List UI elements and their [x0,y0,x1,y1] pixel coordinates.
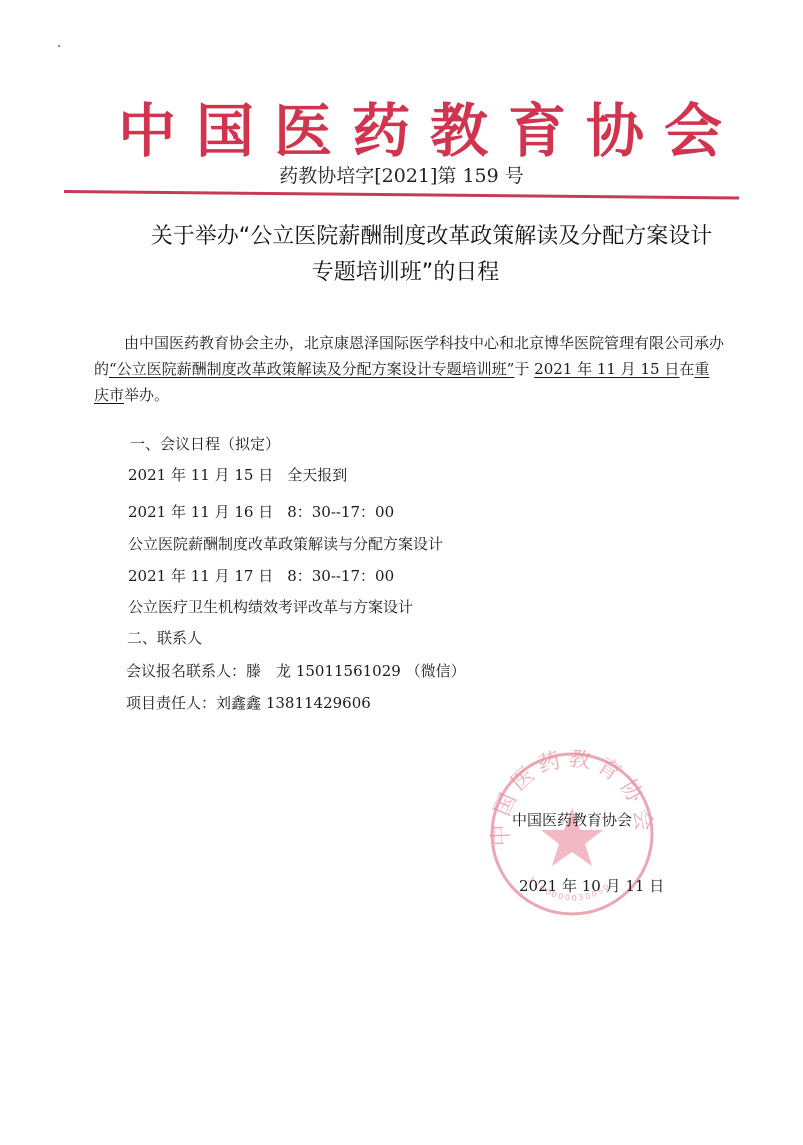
contact-label: 会议报名联系人： [126,662,246,680]
event-date: 2021 年 11 月 15 日 [534,360,679,378]
masthead-organization: 中国医药教育协会 [118,96,698,166]
schedule-item-2: 2021 年 11 月 16 日8：30--17：00 [128,501,394,523]
intro-text-3: 在 [679,360,694,378]
scan-speck [58,45,60,47]
contact-phone: 15011561029 [296,662,401,680]
schedule-time: 8：30--17：00 [287,567,394,585]
contact-name: 滕 龙 [246,662,291,680]
registration-contact: 会议报名联系人：滕 龙 15011561029 （微信） [126,660,466,682]
schedule-date: 2021 年 11 月 16 日 [128,503,273,521]
document-title-line-1: 关于举办“公立医院薪酬制度改革政策解读及分配方案设计 [30,222,803,252]
contact-name: 刘鑫鑫 [216,694,261,712]
intro-paragraph: 由中国医药教育协会主办，北京康恩泽国际医学科技中心和北京博华医院管理有限公司承办… [94,330,724,408]
schedule-item-1: 2021 年 11 月 15 日全天报到 [128,464,347,486]
contact-phone: 13811429606 [266,694,371,712]
course-name: “公立医院薪酬制度改革政策解读及分配方案设计专题培训班” [109,360,514,378]
red-divider-line [64,190,739,199]
schedule-heading: 一、会议日程（拟定） [130,433,280,455]
schedule-date: 2021 年 11 月 15 日 [128,466,273,484]
project-contact: 项目责任人：刘鑫鑫 13811429606 [126,692,371,714]
signature-date: 2021 年 10 月 11 日 [519,876,664,896]
document-number: 药教协培字[2021]第 159 号 [0,163,803,189]
schedule-topic-2: 公立医院薪酬制度改革政策解读与分配方案设计 [128,533,443,555]
signature-organization: 中国医药教育协会 [512,810,632,830]
document-title-line-2: 专题培训班”的日程 [4,258,803,288]
schedule-time: 全天报到 [287,466,347,484]
contact-label: 项目责任人： [126,694,216,712]
schedule-item-3: 2021 年 11 月 17 日8：30--17：00 [128,565,394,587]
contacts-heading: 二、联系人 [127,627,202,649]
intro-text-2: 于 [514,360,529,378]
schedule-time: 8：30--17：00 [287,503,394,521]
intro-text-4: 举办。 [124,386,169,404]
schedule-topic-3: 公立医疗卫生机构绩效考评改革与方案设计 [128,596,413,618]
schedule-date: 2021 年 11 月 17 日 [128,567,273,585]
contact-note: （微信） [406,662,466,680]
